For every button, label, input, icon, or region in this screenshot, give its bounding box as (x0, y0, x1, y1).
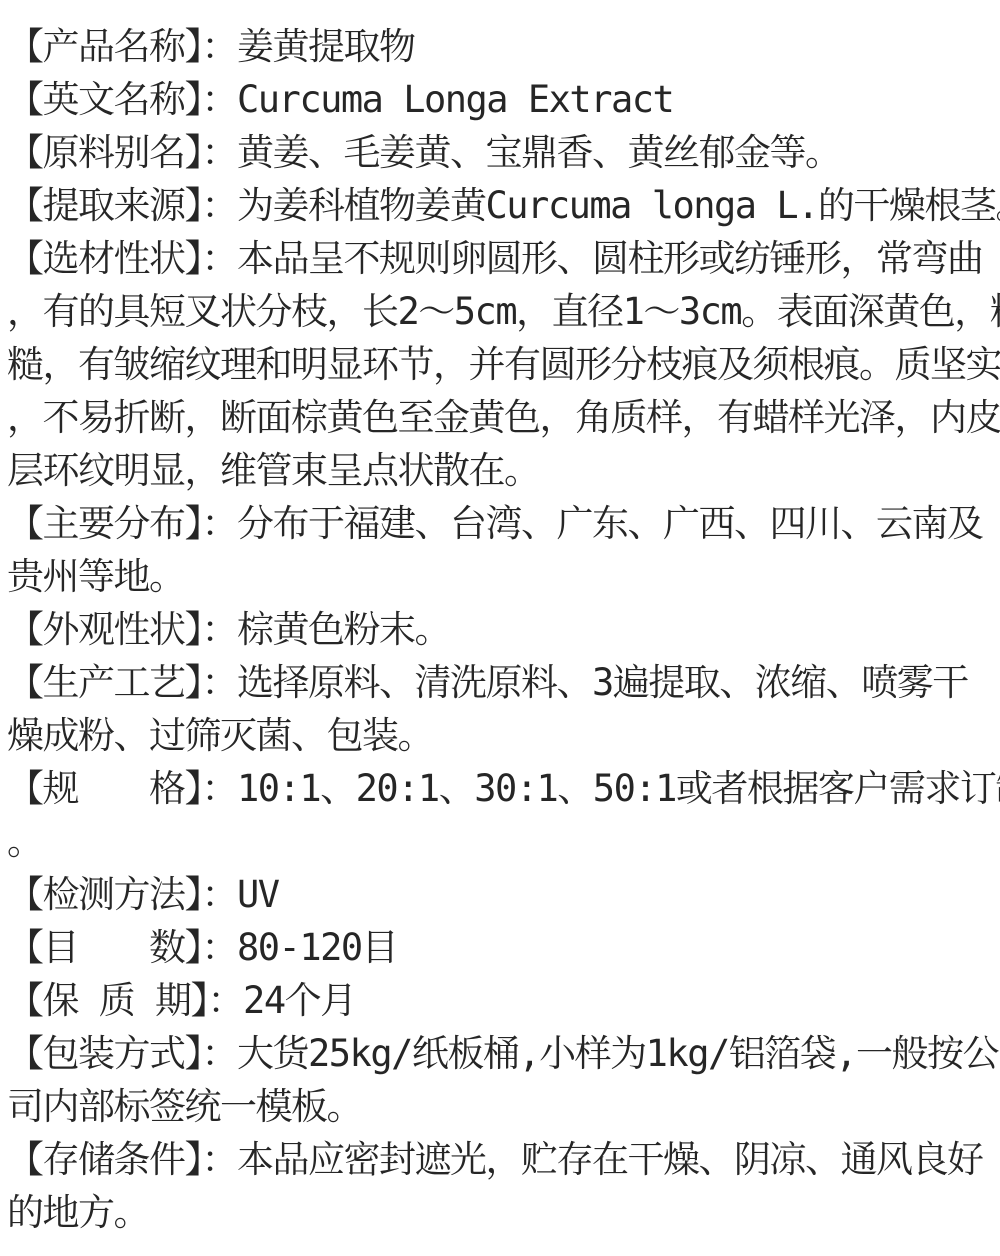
text-line: 【包装方式】：大货25kg/纸板桶,小样为1kg/铝箔袋,一般按公 (7, 1027, 996, 1080)
text-line: 【存储条件】：本品应密封遮光，贮存在干燥、阴凉、通风良好 (7, 1133, 996, 1186)
text-line: 【主要分布】：分布于福建、台湾、广东、广西、四川、云南及 (7, 497, 996, 550)
text-line: 糙，有皱缩纹理和明显环节，并有圆形分枝痕及须根痕。质坚实 (7, 338, 996, 391)
text-line: 【产品名称】：姜黄提取物 (7, 20, 996, 73)
text-line: 【规 格】：10:1、20:1、30:1、50:1或者根据客户需求订制 (7, 762, 996, 815)
text-line: 。 (7, 815, 996, 868)
text-line: 的地方。 (7, 1186, 996, 1239)
text-line: 【目 数】：80-120目 (7, 921, 996, 974)
text-line: 【保 质 期】：24个月 (7, 974, 996, 1027)
text-line: 【提取来源】：为姜科植物姜黄Curcuma longa L.的干燥根茎。 (7, 179, 996, 232)
text-line: 司内部标签统一模板。 (7, 1080, 996, 1133)
text-line: 【生产工艺】：选择原料、清洗原料、3遍提取、浓缩、喷雾干 (7, 656, 996, 709)
text-line: 【检测方法】：UV (7, 868, 996, 921)
text-line: ，有的具短叉状分枝，长2～5cm，直径1～3cm。表面深黄色，粗 (7, 285, 996, 338)
product-spec-document: 【产品名称】：姜黄提取物【英文名称】：Curcuma Longa Extract… (0, 0, 1000, 1239)
text-line: 层环纹明显，维管束呈点状散在。 (7, 444, 996, 497)
text-line: 燥成粉、过筛灭菌、包装。 (7, 709, 996, 762)
text-line: 【原料别名】：黄姜、毛姜黄、宝鼎香、黄丝郁金等。 (7, 126, 996, 179)
text-line: 【选材性状】：本品呈不规则卵圆形、圆柱形或纺锤形，常弯曲 (7, 232, 996, 285)
text-line: 【外观性状】：棕黄色粉末。 (7, 603, 996, 656)
text-line: 【英文名称】：Curcuma Longa Extract (7, 73, 996, 126)
text-line: ，不易折断，断面棕黄色至金黄色，角质样，有蜡样光泽，内皮 (7, 391, 996, 444)
text-line: 贵州等地。 (7, 550, 996, 603)
